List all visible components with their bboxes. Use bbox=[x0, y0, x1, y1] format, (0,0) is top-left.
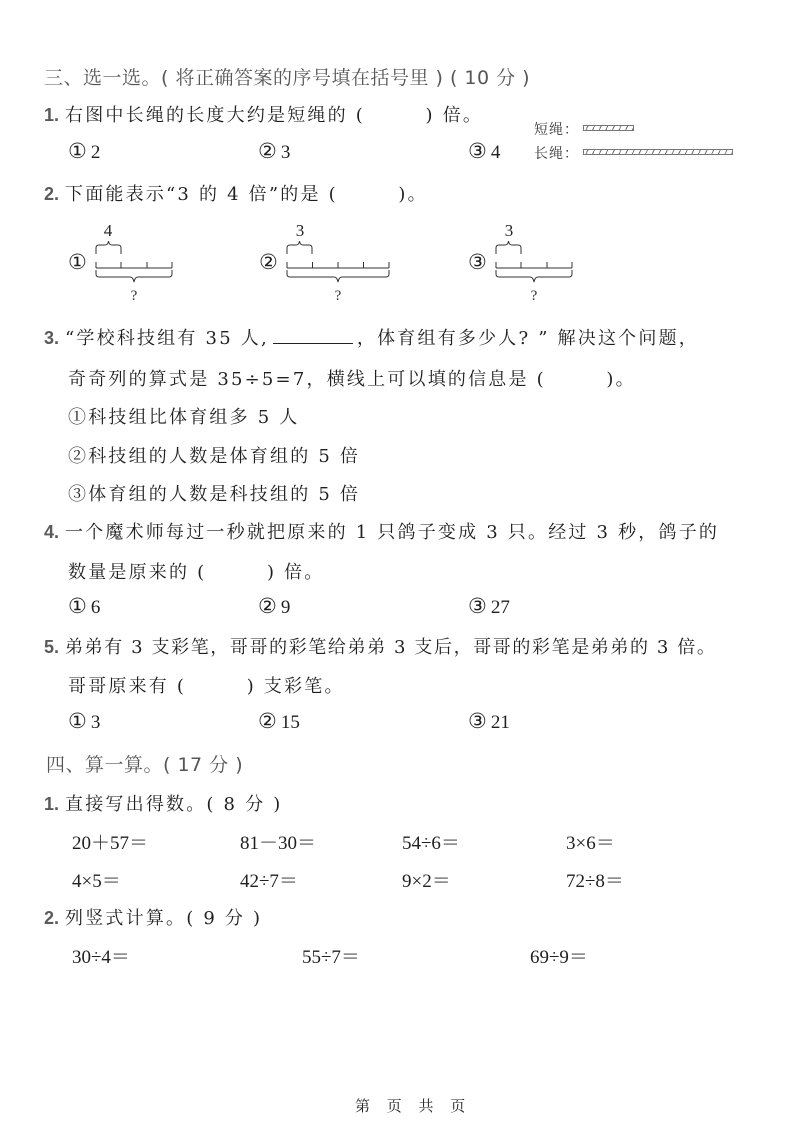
mental-math-item: 3×6＝ bbox=[566, 828, 615, 855]
question-text: 下面能表示“3 的 4 倍”的是 ( )。 bbox=[65, 184, 428, 205]
diagram-question-mark: ? bbox=[335, 288, 342, 304]
mental-math-item: 4×5＝ bbox=[72, 866, 121, 893]
mental-math-item: 20＋57＝ bbox=[72, 828, 148, 855]
mental-math-item: 72÷8＝ bbox=[566, 866, 624, 893]
question-5: 5.弟弟有 3 支彩笔，哥哥的彩笔给弟弟 3 支后，哥哥的彩笔是弟弟的 3 倍。 bbox=[44, 633, 717, 659]
page-footer: 第 页 共 页 bbox=[355, 1095, 471, 1116]
short-rope-label: 短绳： bbox=[534, 119, 579, 139]
question-number: 4. bbox=[44, 522, 59, 542]
long-rope-label: 长绳： bbox=[534, 143, 579, 163]
question-number: 2. bbox=[44, 184, 59, 204]
q1-option-2: ②3 bbox=[258, 139, 290, 164]
question-number: 1. bbox=[44, 105, 59, 125]
q4-option-2: ②9 bbox=[258, 594, 290, 619]
fill-in-blank-line[interactable] bbox=[273, 343, 353, 344]
q1-option-1: ①2 bbox=[68, 139, 100, 164]
q3-option-3: ③体育组的人数是科技组的 5 倍 bbox=[68, 480, 360, 506]
diagram-top-label: 4 bbox=[104, 221, 113, 240]
question-text: 右图中长绳的长度大约是短绳的 ( ) 倍。 bbox=[65, 105, 483, 126]
question-number: 5. bbox=[44, 637, 59, 657]
section-4-heading: 四、算一算。( 17 分 ) bbox=[46, 750, 243, 777]
mental-math-item: 42÷7＝ bbox=[240, 866, 298, 893]
q5-option-1: ①3 bbox=[68, 709, 100, 734]
question-3-line-2: 奇奇列的算式是 35÷5=7，横线上可以填的信息是 ( )。 bbox=[68, 365, 636, 391]
diagram-question-mark: ? bbox=[531, 288, 538, 304]
question-4: 4.一个魔术师每过一秒就把原来的 1 只鸽子变成 3 只。经过 3 秒，鸽子的 bbox=[44, 518, 719, 544]
mental-math-item: 54÷6＝ bbox=[402, 828, 460, 855]
q3-option-2: ②科技组的人数是体育组的 5 倍 bbox=[68, 442, 360, 468]
question-3: 3.“学校科技组有 35 人,，体育组有多少人? ” 解决这个问题， bbox=[44, 324, 699, 350]
q5-option-3: ③21 bbox=[468, 709, 510, 734]
vertical-calc-item: 55÷7＝ bbox=[302, 942, 360, 969]
question-number: 2. bbox=[44, 908, 59, 928]
section-4-question-1: 1.直接写出得数。( 8 分 ) bbox=[44, 790, 282, 816]
q2-diagram-3-marker: ③ bbox=[468, 250, 491, 275]
q3-option-1: ①科技组比体育组多 5 人 bbox=[68, 403, 300, 429]
q2-diagram-1: 4 ? bbox=[90, 220, 180, 310]
q1-option-3: ③4 bbox=[468, 139, 500, 164]
q2-diagram-2-marker: ② bbox=[259, 250, 282, 275]
section-4-question-2: 2.列竖式计算。( 9 分 ) bbox=[44, 904, 262, 930]
diagram-top-label: 3 bbox=[296, 221, 305, 240]
question-1: 1.右图中长绳的长度大约是短绳的 ( ) 倍。 bbox=[44, 101, 483, 127]
question-2: 2.下面能表示“3 的 4 倍”的是 ( )。 bbox=[44, 180, 428, 206]
section-3-heading: 三、选一选。( 将正确答案的序号填在括号里 ) ( 10 分 ) bbox=[44, 63, 530, 90]
q2-diagram-1-marker: ① bbox=[68, 250, 91, 275]
long-rope-figure bbox=[583, 149, 733, 155]
question-number: 3. bbox=[44, 328, 59, 348]
question-number: 1. bbox=[44, 794, 59, 814]
mental-math-item: 9×2＝ bbox=[402, 866, 451, 893]
question-text: 一个魔术师每过一秒就把原来的 1 只鸽子变成 3 只。经过 3 秒，鸽子的 bbox=[65, 522, 719, 543]
mental-math-item: 81－30＝ bbox=[240, 828, 316, 855]
question-4-line-2: 数量是原来的 ( ) 倍。 bbox=[68, 558, 325, 584]
diagram-question-mark: ? bbox=[131, 288, 138, 304]
question-text: 弟弟有 3 支彩笔，哥哥的彩笔给弟弟 3 支后，哥哥的彩笔是弟弟的 3 倍。 bbox=[65, 637, 716, 658]
q2-diagram-2: 3 ? bbox=[281, 220, 396, 310]
q2-diagram-3: 3 ? bbox=[490, 220, 580, 310]
diagram-top-label: 3 bbox=[505, 221, 514, 240]
question-5-line-2: 哥哥原来有 ( ) 支彩笔。 bbox=[68, 672, 345, 698]
q5-option-2: ②15 bbox=[258, 709, 300, 734]
vertical-calc-item: 69÷9＝ bbox=[530, 942, 588, 969]
q4-option-3: ③27 bbox=[468, 594, 510, 619]
q4-option-1: ①6 bbox=[68, 594, 100, 619]
vertical-calc-item: 30÷4＝ bbox=[72, 942, 130, 969]
short-rope-figure bbox=[583, 125, 634, 131]
